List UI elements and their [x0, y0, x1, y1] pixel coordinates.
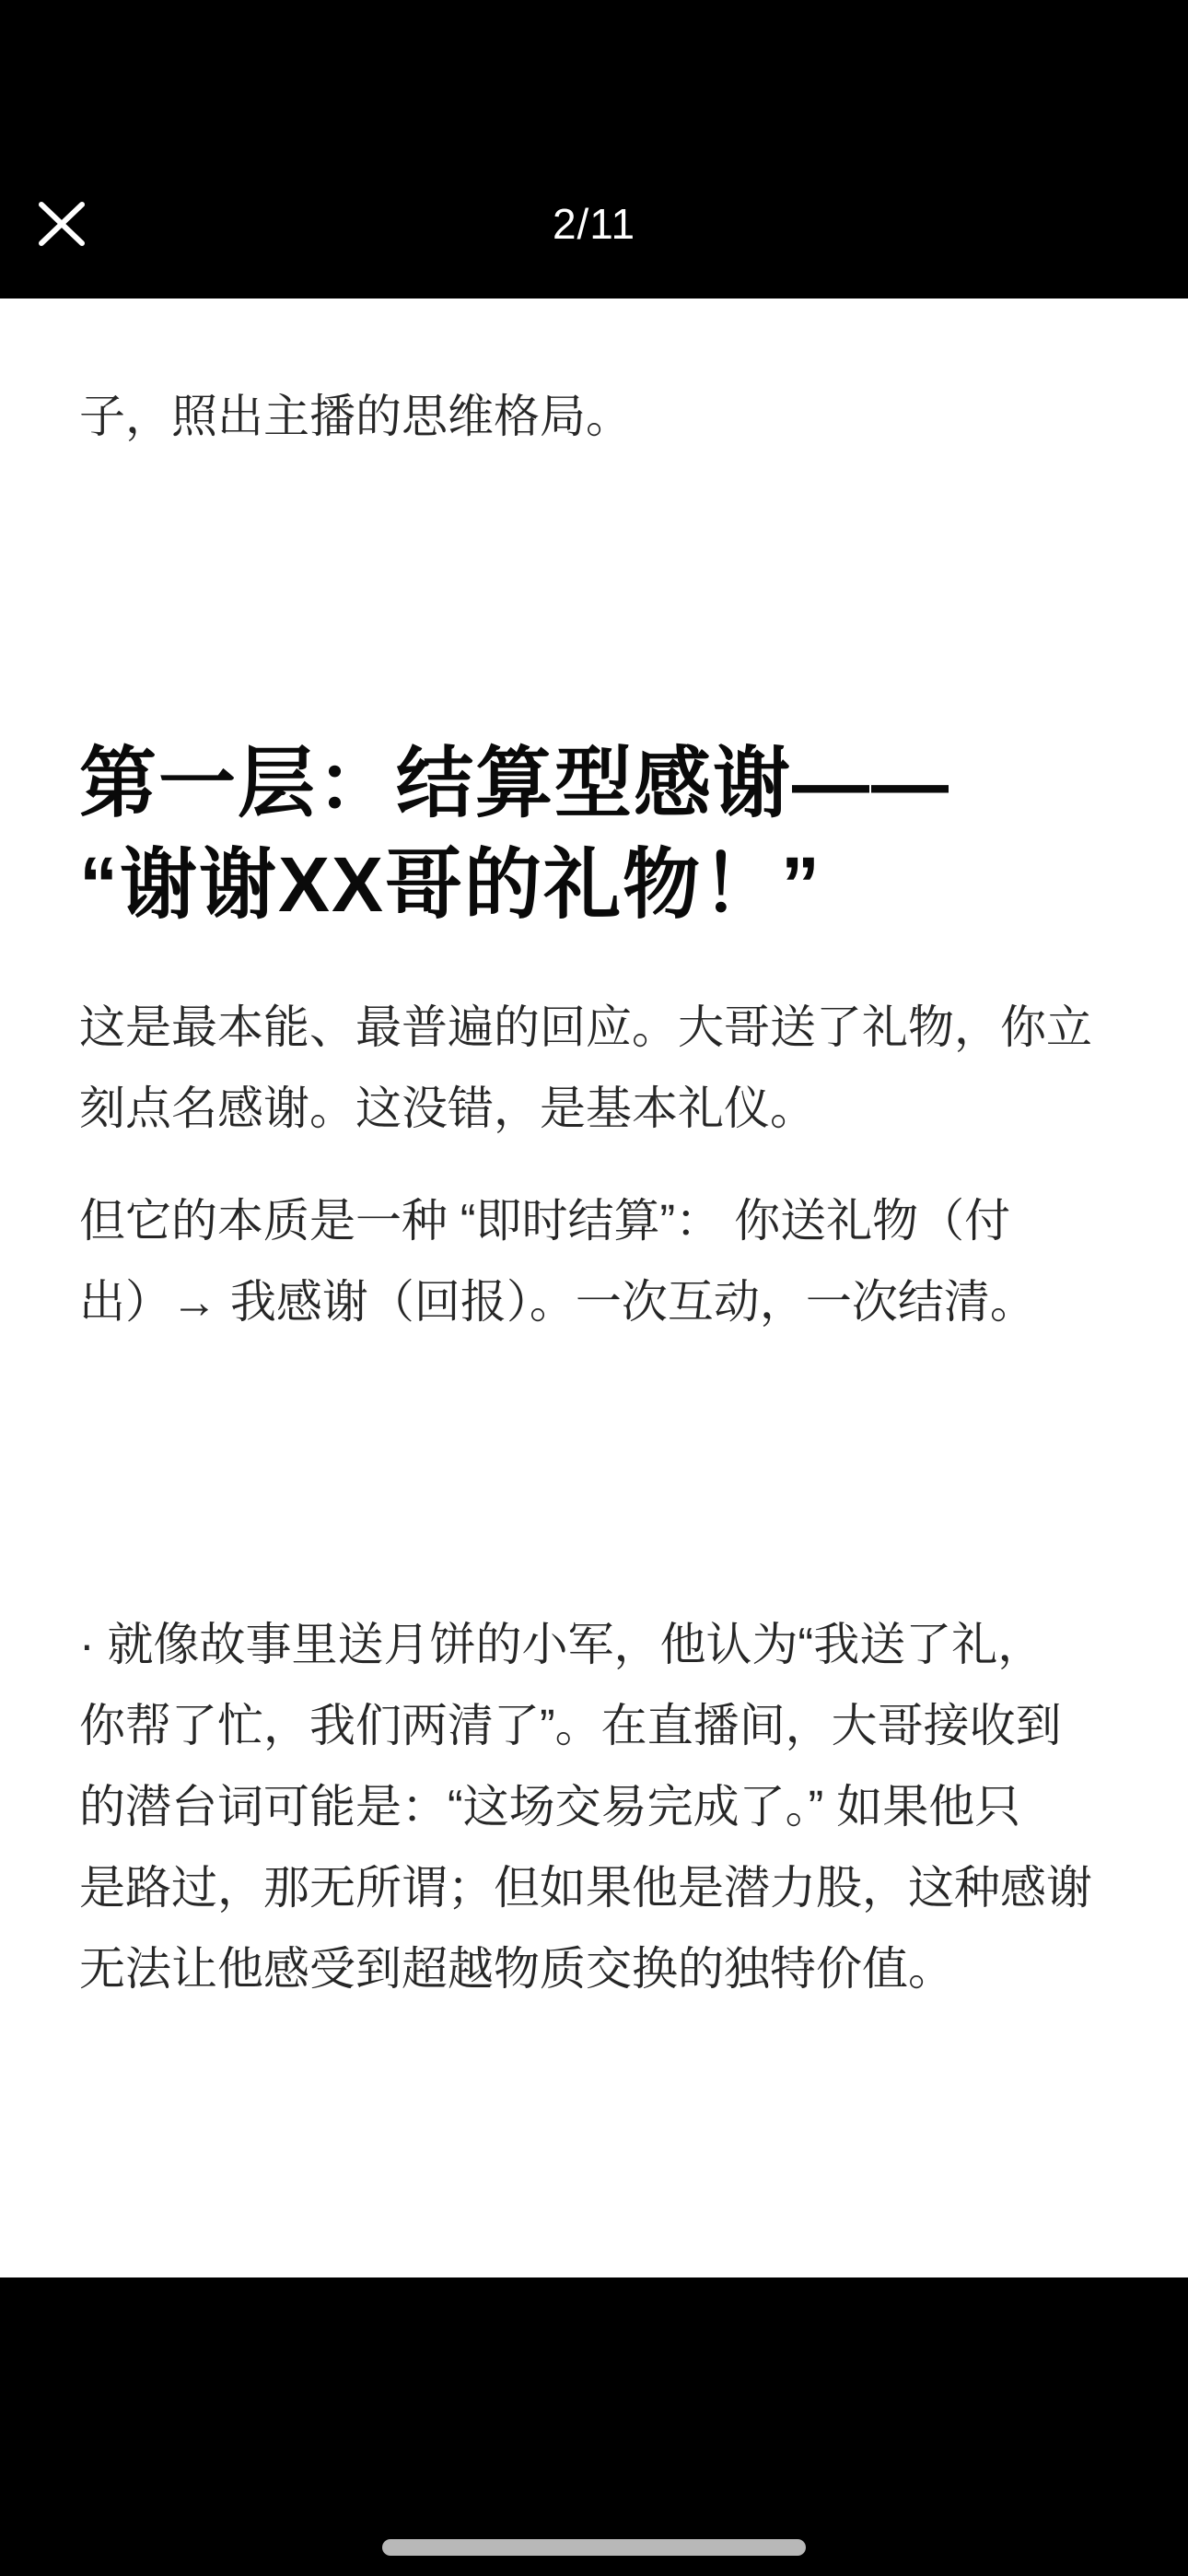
- viewer-footer: [0, 2277, 1188, 2576]
- section-heading: 第一层：结算型感谢—— “谢谢XX哥的礼物！”: [79, 732, 1109, 935]
- article-content[interactable]: 子，照出主播的思维格局。 第一层：结算型感谢—— “谢谢XX哥的礼物！” 这是最…: [0, 299, 1188, 2277]
- bullet-paragraph: · 就像故事里送月饼的小军，他认为“我送了礼， 你帮了忙，我们两清了”。在直播间…: [79, 1604, 1109, 2009]
- viewer-header: 2/11: [0, 0, 1188, 299]
- paragraph-1: 这是最本能、最普遍的回应。大哥送了礼物，你立 刻点名感谢。这没错，是基本礼仪。: [79, 987, 1109, 1149]
- paragraph-2: 但它的本质是一种 “即时结算”： 你送礼物（付 出）→ 我感谢（回报）。一次互动…: [79, 1180, 1109, 1342]
- page-indicator: 2/11: [0, 199, 1188, 249]
- viewer-screen: 2/11 子，照出主播的思维格局。 第一层：结算型感谢—— “谢谢XX哥的礼物！…: [0, 0, 1188, 2576]
- article-intro-line: 子，照出主播的思维格局。: [79, 376, 1109, 457]
- home-indicator[interactable]: [382, 2539, 806, 2556]
